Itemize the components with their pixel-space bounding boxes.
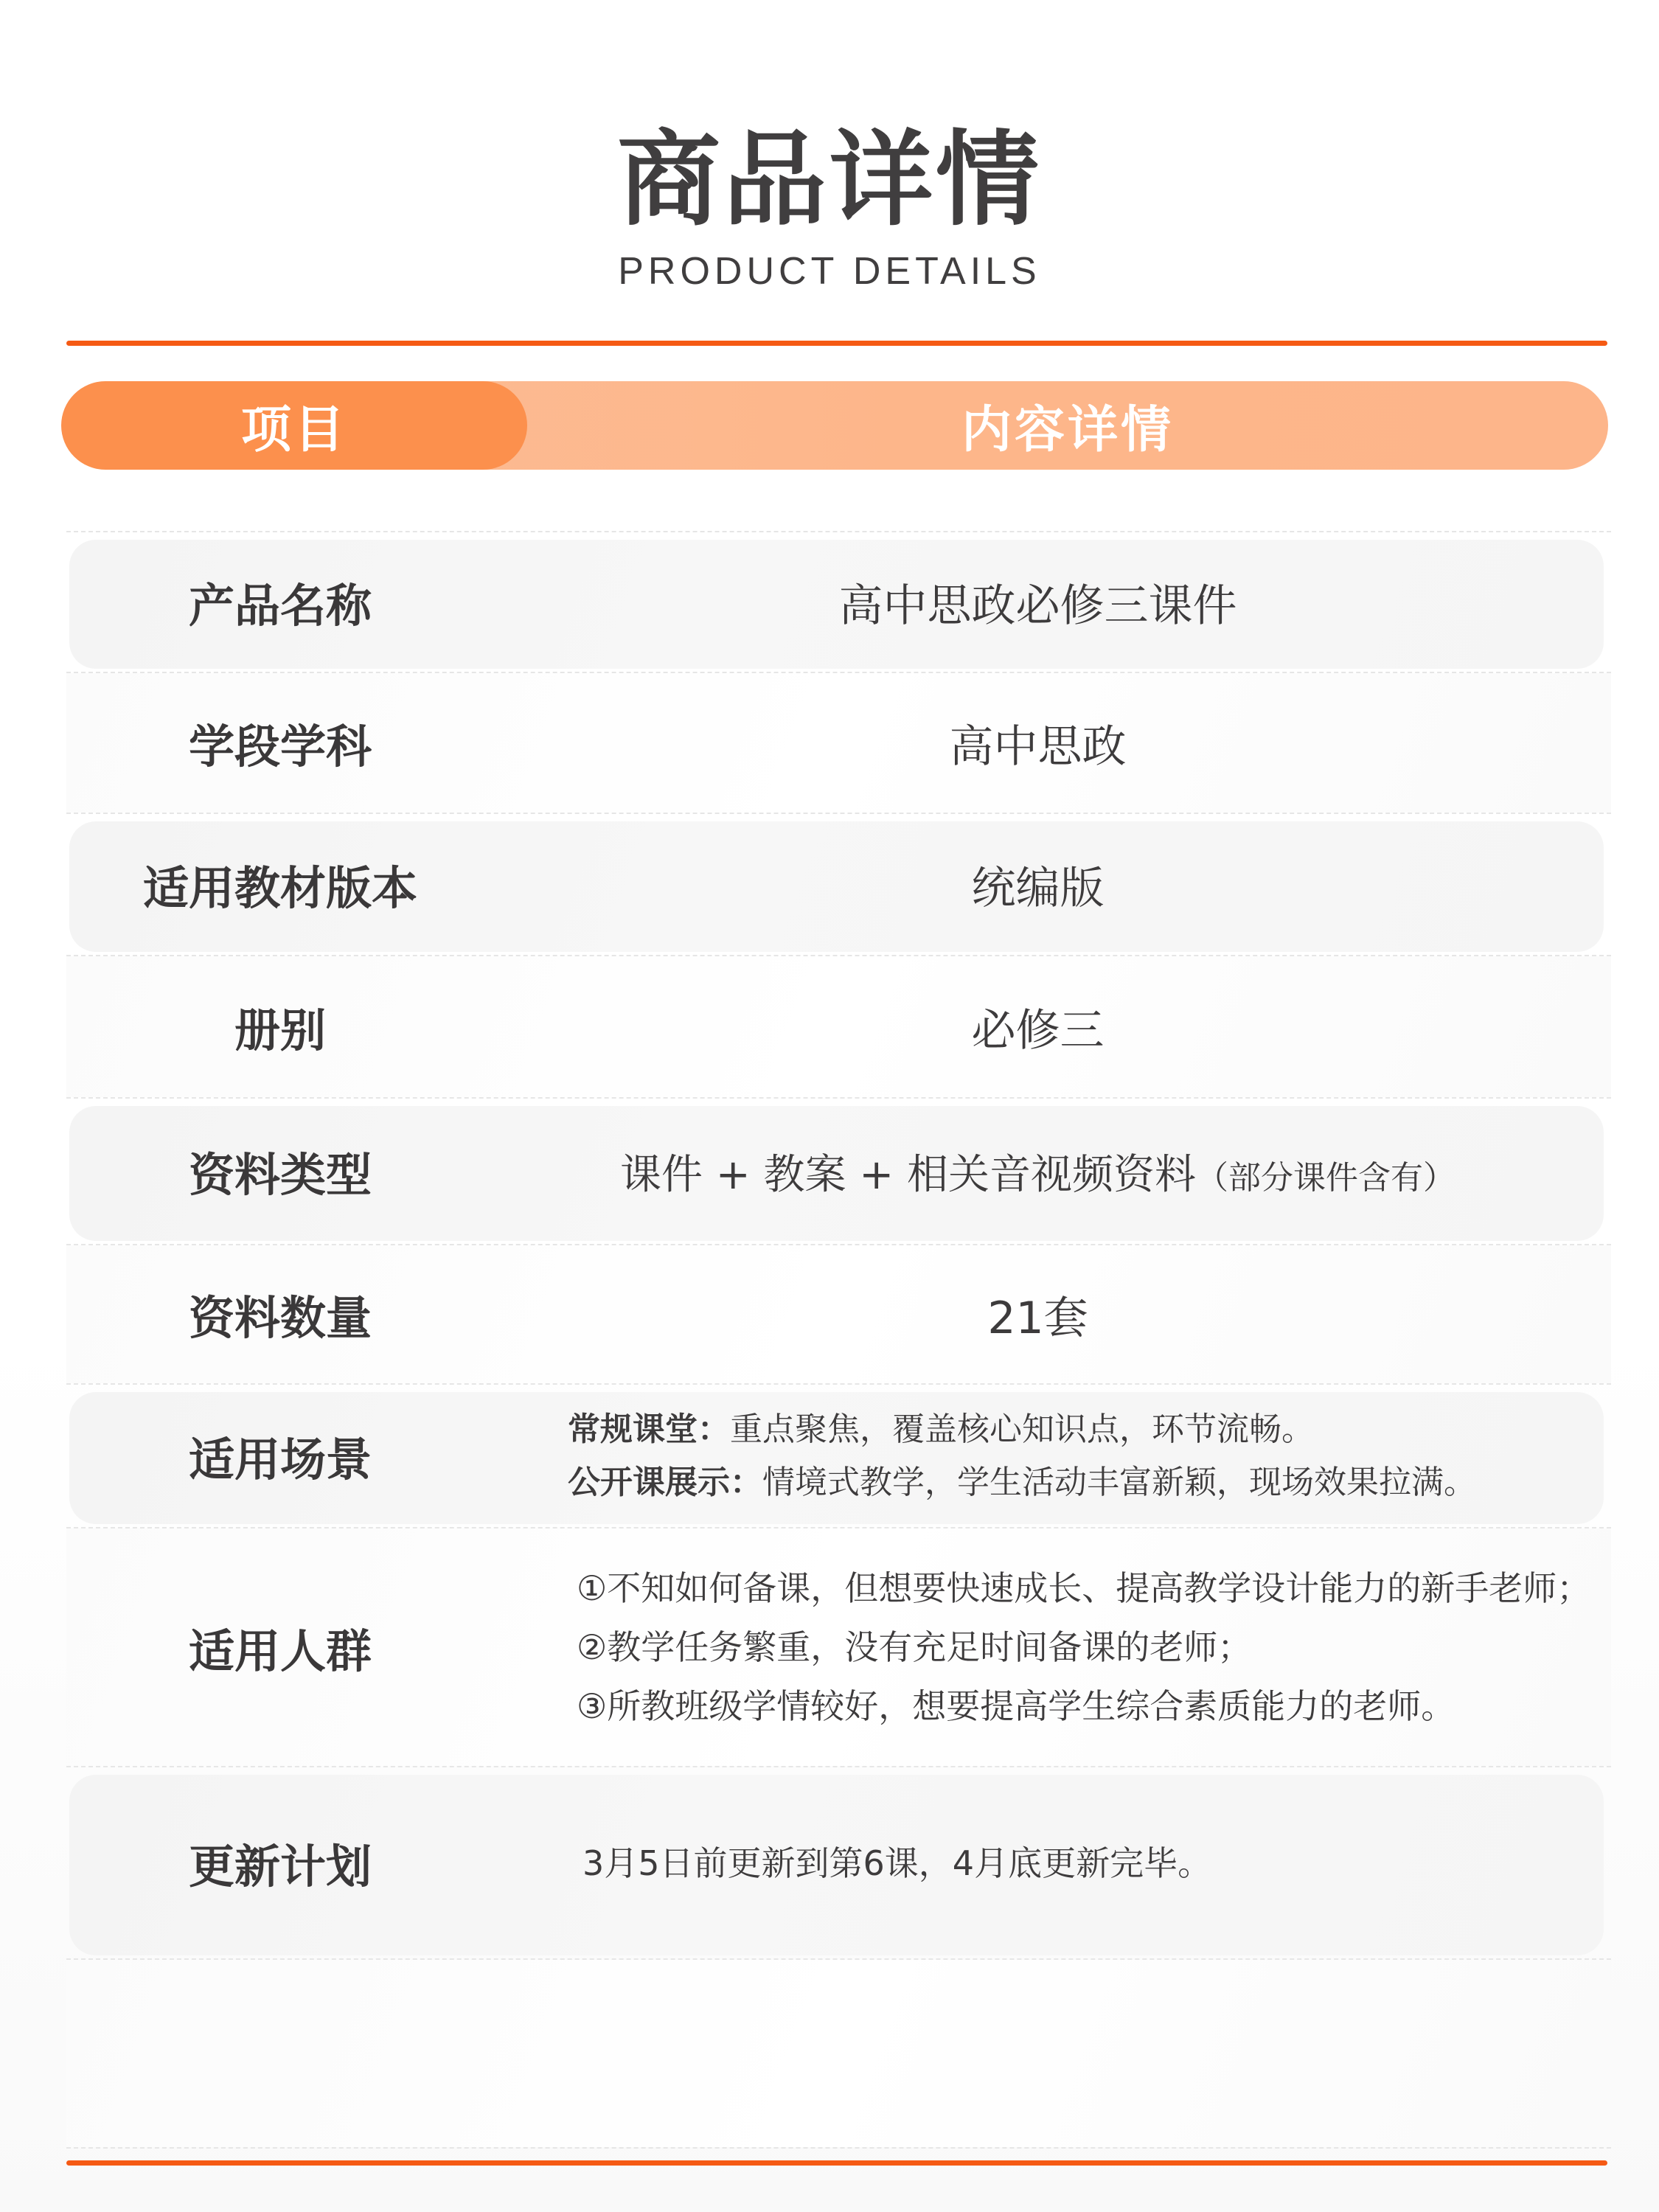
empty-row [66,1958,1611,2149]
page-subtitle: PRODUCT DETAILS [0,249,1659,293]
table-row: 适用场景 常规课堂：重点聚焦，覆盖核心知识点，环节流畅。 公开课展示：情境式教学… [66,1383,1611,1527]
row-label: 更新计划 [66,1830,494,1896]
row-value-note: （部分课件含有） [1196,1159,1455,1197]
row-label: 资料数量 [66,1281,494,1347]
audience-line: ③所教班级学情较好，想要提高学生综合素质能力的老师。 [577,1677,1611,1736]
bottom-divider [66,2160,1607,2166]
top-divider [66,341,1607,346]
row-value: 统编版 [494,853,1611,917]
row-label: 适用人群 [66,1615,494,1680]
row-value: 课件 + 教案 + 相关音视频资料（部分课件含有） [494,1142,1611,1201]
row-label: 册别 [66,994,494,1060]
row-value: 21套 [494,1283,1611,1346]
header-item-label: 项目 [241,390,347,462]
table-row: 资料类型 课件 + 教案 + 相关音视频资料（部分课件含有） [66,1097,1611,1244]
page-title: 商品详情 [0,118,1659,243]
row-label: 学段学科 [66,710,494,776]
table-row: 产品名称 高中思政必修三课件 [66,531,1611,672]
header-detail-cell: 内容详情 [527,381,1608,470]
details-table: 产品名称 高中思政必修三课件 学段学科 高中思政 适用教材版本 统编版 册别 必… [66,531,1611,2149]
scenario-line: 常规课堂：重点聚焦，覆盖核心知识点，环节流畅。 [568,1403,1611,1456]
row-label: 适用教材版本 [66,852,494,917]
table-row: 学段学科 高中思政 [66,672,1611,813]
audience-line: ①不知如何备课，但想要快速成长、提高教学设计能力的新手老师； [577,1559,1611,1618]
row-label: 适用场景 [66,1423,494,1489]
header-detail-label: 内容详情 [961,390,1174,462]
table-row: 册别 必修三 [66,955,1611,1097]
row-value: 必修三 [494,995,1611,1059]
row-value-main: 课件 + 教案 + 相关音视频资料 [620,1151,1196,1199]
row-value: 3月5日前更新到第6课，4月底更新完毕。 [494,1837,1611,1890]
table-header: 内容详情 项目 [61,381,1608,470]
audience-line: ②教学任务繁重，没有充足时间备课的老师； [577,1618,1611,1677]
header-item-cell: 项目 [61,381,527,470]
table-row: 更新计划 3月5日前更新到第6课，4月底更新完毕。 [66,1766,1611,1958]
row-value: 高中思政 [494,712,1611,775]
table-row: 资料数量 21套 [66,1244,1611,1383]
row-label: 资料类型 [66,1138,494,1204]
scenario-line: 公开课展示：情境式教学，学生活动丰富新颖，现场效果拉满。 [568,1456,1611,1509]
table-row: 适用教材版本 统编版 [66,813,1611,955]
row-value: 高中思政必修三课件 [494,571,1611,634]
table-row: 适用人群 ①不知如何备课，但想要快速成长、提高教学设计能力的新手老师； ②教学任… [66,1527,1611,1766]
row-value-lines: 常规课堂：重点聚焦，覆盖核心知识点，环节流畅。 公开课展示：情境式教学，学生活动… [494,1403,1611,1509]
row-label: 产品名称 [66,569,494,635]
row-value-lines: ①不知如何备课，但想要快速成长、提高教学设计能力的新手老师； ②教学任务繁重，没… [494,1559,1611,1736]
